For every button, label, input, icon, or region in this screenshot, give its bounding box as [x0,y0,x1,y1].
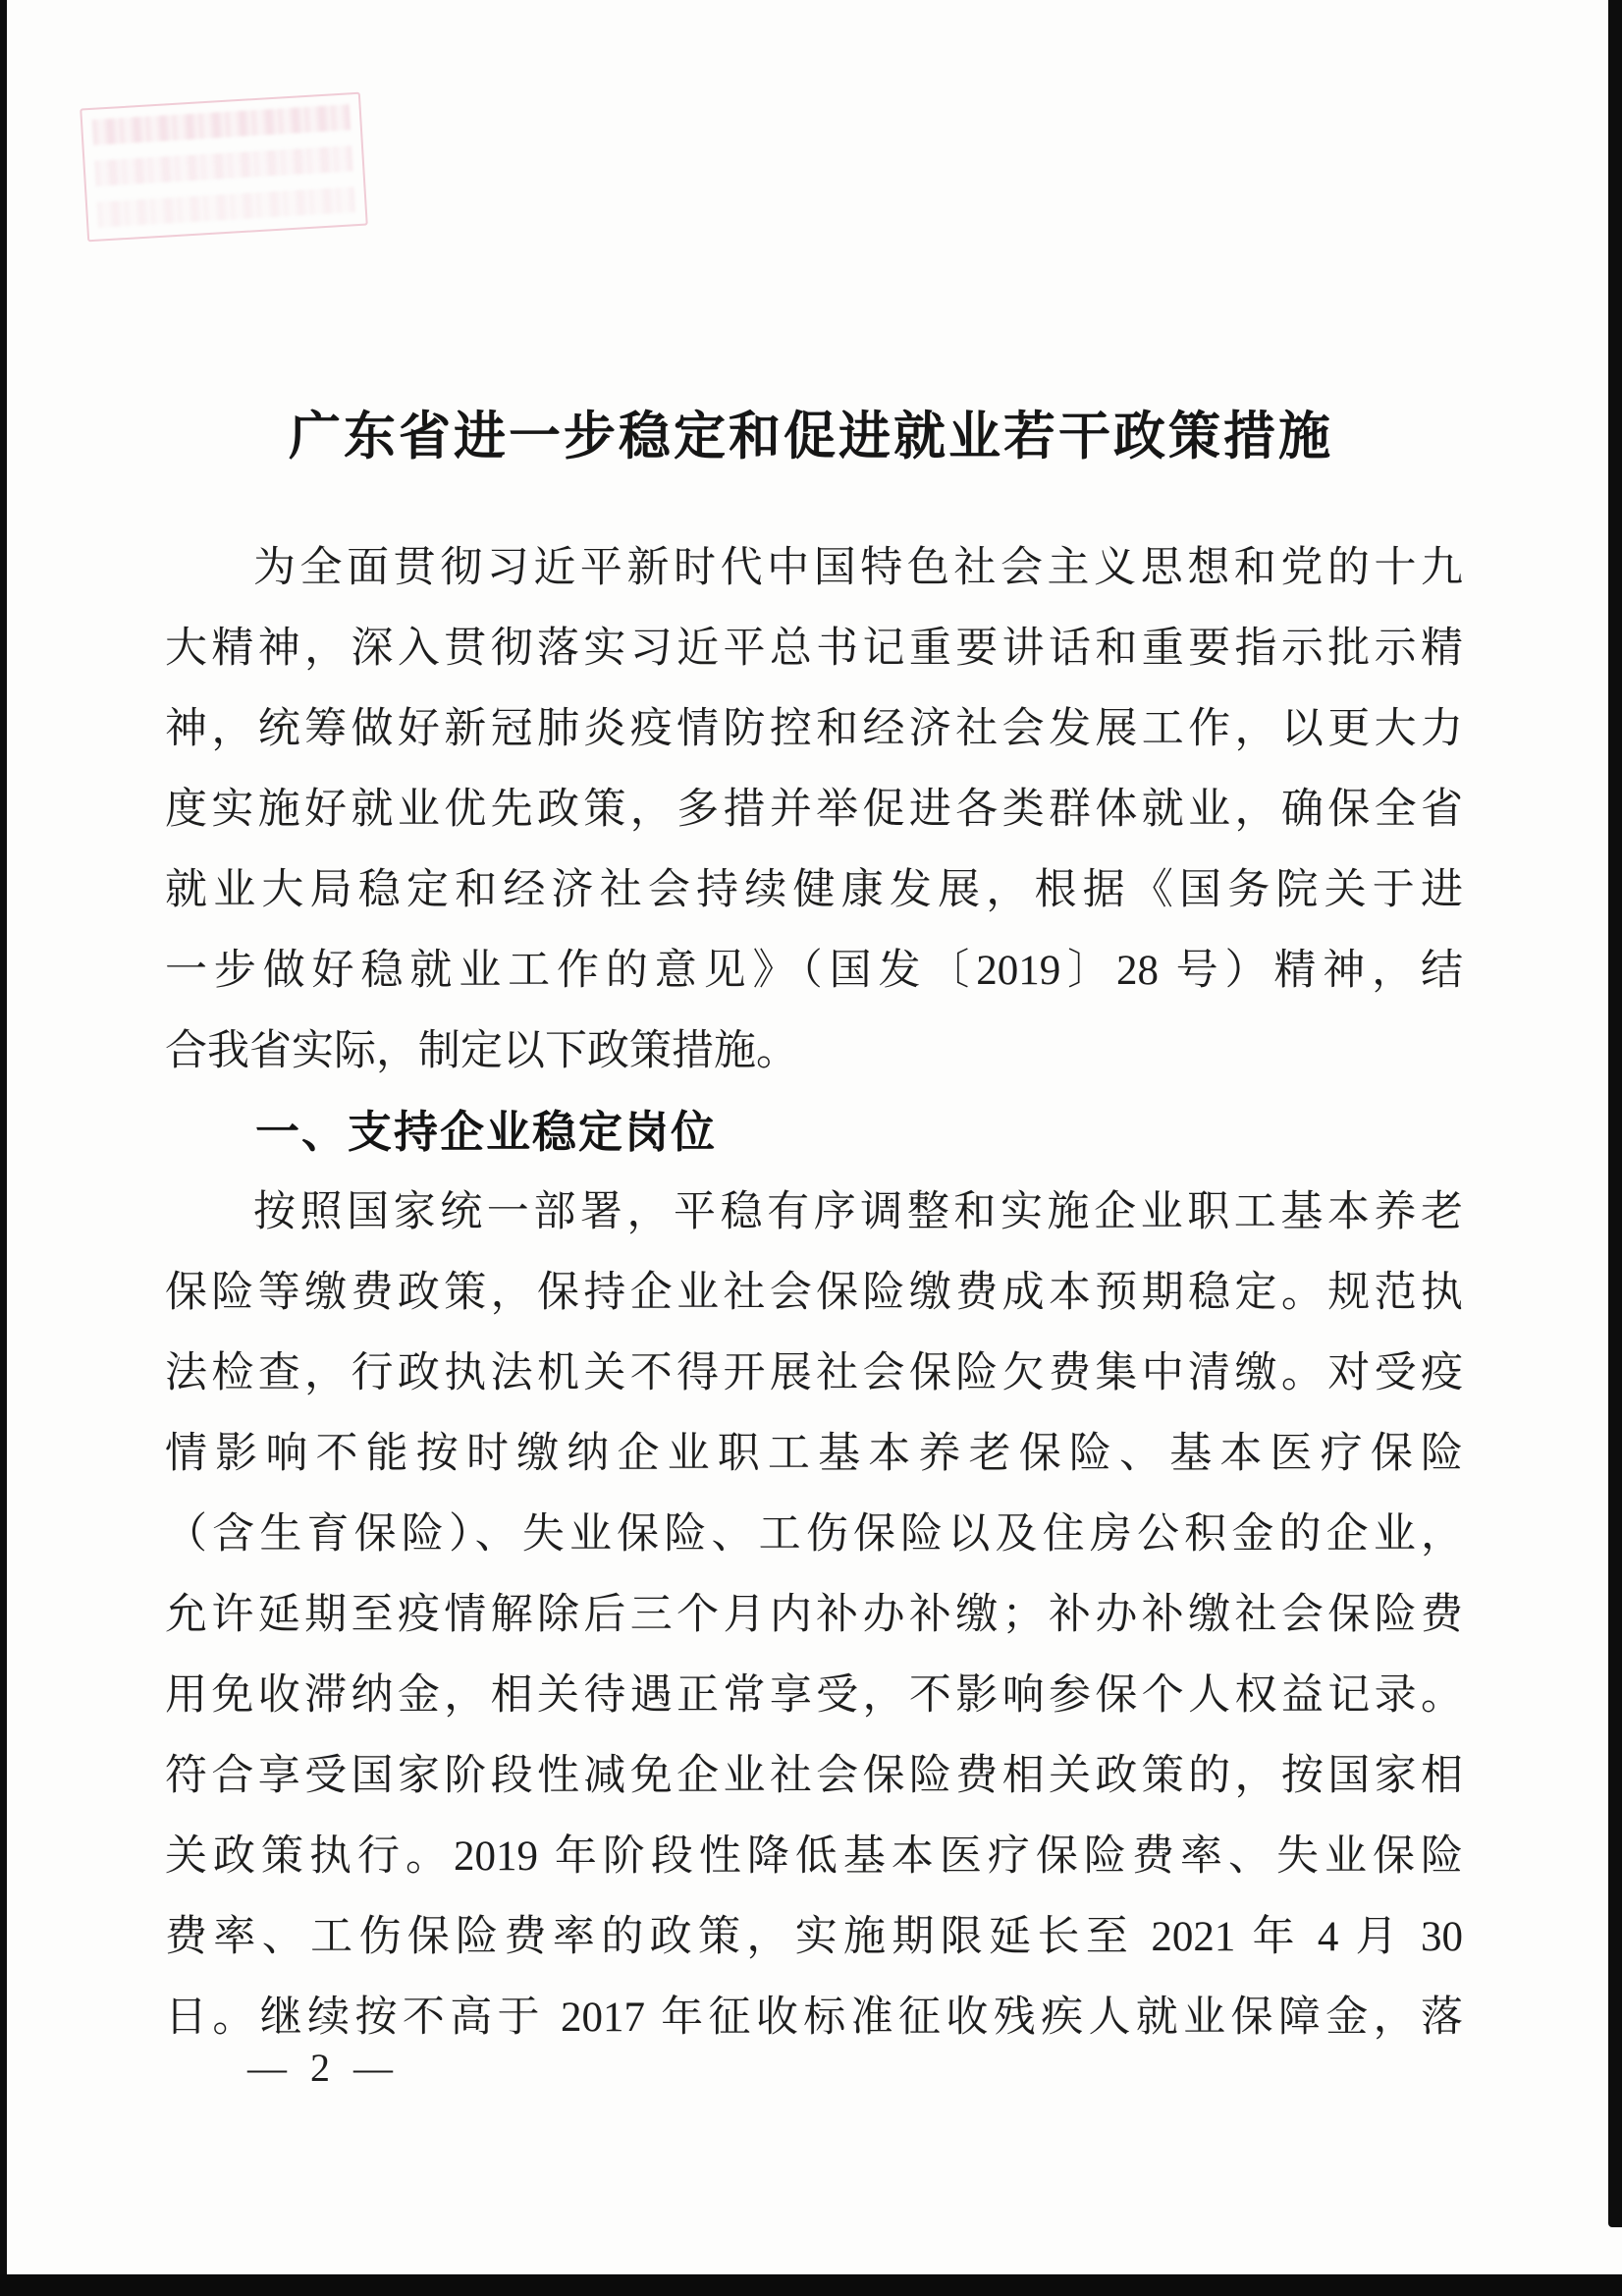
paragraph-line: 费率、工伤保险费率的政策，实施期限延长至 2021 年 4 月 30 [165,1897,1463,1978]
paragraph-line: 符合享受国家阶段性减免企业社会保险费相关政策的，按国家相 [165,1736,1463,1817]
paragraph-line: 为全面贯彻习近平新时代中国特色社会主义思想和党的十九 [165,528,1463,609]
paragraph-line: 按照国家统一部署，平稳有序调整和实施企业职工基本养老 [165,1173,1463,1253]
paragraph-line: 神，统筹做好新冠肺炎疫情防控和经济社会发展工作，以更大力 [165,689,1463,770]
scanned-document-page: 广东省进一步稳定和促进就业若干政策措施 为全面贯彻习近平新时代中国特色社会主义思… [0,0,1622,2296]
document-title: 广东省进一步稳定和促进就业若干政策措施 [0,395,1622,469]
paragraph-line: 大精神，深入贯彻落实习近平总书记重要讲话和重要指示批示精 [165,609,1463,689]
paragraph-line: 用免收滞纳金，相关待遇正常享受，不影响参保个人权益记录。 [165,1656,1463,1736]
scan-edge-bottom [0,2274,1622,2296]
paragraph-line: 合我省实际，制定以下政策措施。 [165,1011,1463,1092]
paragraph-line: （含生育保险）、失业保险、工伤保险以及住房公积金的企业， [165,1495,1463,1575]
scan-edge-left [0,0,7,2296]
scan-edge-right [1608,0,1622,2227]
page-number: — 2 — [247,2045,395,2091]
paragraph-line: 度实施好就业优先政策，多措并举促进各类群体就业，确保全省 [165,770,1463,850]
paragraph-line: 允许延期至疫情解除后三个月内补办补缴；补办补缴社会保险费 [165,1575,1463,1656]
section-heading: 一、支持企业稳定岗位 [165,1092,1463,1173]
paragraph-line: 关政策执行。2019 年阶段性降低基本医疗保险费率、失业保险 [165,1817,1463,1897]
official-stamp-icon [80,92,368,243]
stamp-text-smudge [94,145,352,186]
stamp-text-smudge [97,187,355,227]
paragraph-line: 情影响不能按时缴纳企业职工基本养老保险、基本医疗保险 [165,1414,1463,1495]
paragraph-line: 保险等缴费政策，保持企业社会保险缴费成本预期稳定。规范执 [165,1253,1463,1334]
paragraph-line: 一步做好稳就业工作的意见》（国发〔2019〕28 号）精神，结 [165,931,1463,1011]
body-text-column: 为全面贯彻习近平新时代中国特色社会主义思想和党的十九 大精神，深入贯彻落实习近平… [165,528,1463,2058]
paragraph-line: 法检查，行政执法机关不得开展社会保险欠费集中清缴。对受疫 [165,1334,1463,1414]
stamp-text-smudge [92,104,351,144]
paragraph-line: 就业大局稳定和经济社会持续健康发展，根据《国务院关于进 [165,850,1463,931]
